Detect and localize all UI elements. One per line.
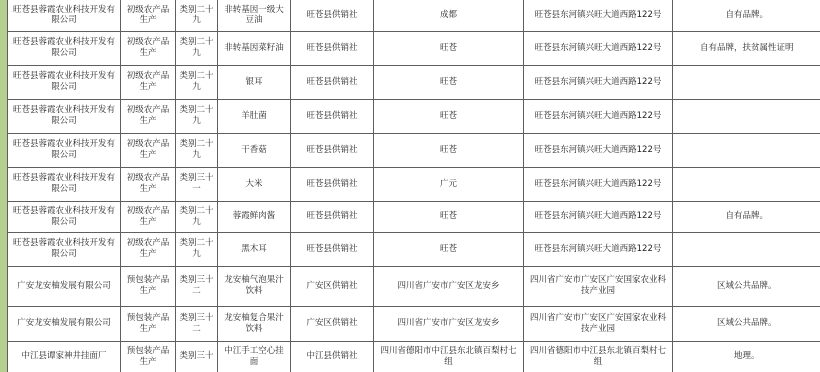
table-row: 旺苍县蓉霞农业科技开发有限公司初级农产品生产类别二十九黑木耳旺苍县供销社旺苍旺苍… (8, 232, 820, 266)
table-cell-production_type[interactable]: 初级农产品生产 (121, 201, 176, 232)
table-cell-production_type[interactable]: 预包装产品生产 (121, 341, 176, 372)
table-cell-address[interactable]: 旺苍县东河镇兴旺大道西路122号 (524, 99, 673, 133)
spreadsheet-table-view: 旺苍县蓉霞农业科技开发有限公司初级农产品生产类别二十九非转基因一级大豆油旺苍县供… (0, 0, 820, 372)
table-cell-cooperative[interactable]: 广安区供销社 (291, 306, 374, 341)
table-cell-category[interactable]: 类别二十九 (176, 65, 218, 99)
table-cell-company[interactable]: 旺苍县蓉霞农业科技开发有限公司 (8, 167, 121, 201)
table-cell-origin[interactable]: 四川省广安市广安区龙安乡 (374, 266, 524, 306)
table-cell-product[interactable]: 非转基因菜籽油 (218, 31, 291, 65)
table-cell-origin[interactable]: 旺苍 (374, 65, 524, 99)
table-cell-note[interactable]: 区域公共品牌。 (673, 266, 820, 306)
table-cell-company[interactable]: 旺苍县蓉霞农业科技开发有限公司 (8, 65, 121, 99)
table-cell-origin[interactable]: 四川省德阳市中江县东北镇百梨村七组 (374, 341, 524, 372)
table-cell-cooperative[interactable]: 旺苍县供销社 (291, 232, 374, 266)
table-cell-cooperative[interactable]: 广安区供销社 (291, 266, 374, 306)
table-row: 旺苍县蓉霞农业科技开发有限公司初级农产品生产类别二十九蓉霞鲜肉酱旺苍县供销社旺苍… (8, 201, 820, 232)
table-cell-origin[interactable]: 四川省广安市广安区龙安乡 (374, 306, 524, 341)
table-cell-production_type[interactable]: 初级农产品生产 (121, 167, 176, 201)
table-cell-company[interactable]: 旺苍县蓉霞农业科技开发有限公司 (8, 232, 121, 266)
table-cell-origin[interactable]: 旺苍 (374, 201, 524, 232)
table-row: 中江县谭家神井挂面厂预包装产品生产类别三十中江手工空心挂面中江县供销社四川省德阳… (8, 341, 820, 372)
table-cell-production_type[interactable]: 初级农产品生产 (121, 31, 176, 65)
table-cell-address[interactable]: 四川省广安市广安区广安国家农业科技产业园 (524, 266, 673, 306)
table-cell-note[interactable] (673, 99, 820, 133)
table-row: 旺苍县蓉霞农业科技开发有限公司初级农产品生产类别二十九干香菇旺苍县供销社旺苍旺苍… (8, 133, 820, 167)
table-cell-cooperative[interactable]: 旺苍县供销社 (291, 167, 374, 201)
table-cell-product[interactable]: 中江手工空心挂面 (218, 341, 291, 372)
table-cell-origin[interactable]: 旺苍 (374, 133, 524, 167)
table-row: 广安龙安柚发展有限公司预包装产品生产类别三十二龙安柚气泡果汁饮料广安区供销社四川… (8, 266, 820, 306)
table-cell-origin[interactable]: 成都 (374, 0, 524, 31)
table-cell-product[interactable]: 大米 (218, 167, 291, 201)
table-cell-category[interactable]: 类别二十九 (176, 0, 218, 31)
table-cell-note[interactable]: 自有品牌。 (673, 201, 820, 232)
table-cell-company[interactable]: 广安龙安柚发展有限公司 (8, 266, 121, 306)
table-cell-production_type[interactable]: 初级农产品生产 (121, 133, 176, 167)
table-cell-company[interactable]: 旺苍县蓉霞农业科技开发有限公司 (8, 0, 121, 31)
table-cell-product[interactable]: 羊肚菌 (218, 99, 291, 133)
table-cell-note[interactable]: 区域公共品牌。 (673, 306, 820, 341)
table-cell-product[interactable]: 黑木耳 (218, 232, 291, 266)
table-cell-category[interactable]: 类别三十二 (176, 306, 218, 341)
table-cell-address[interactable]: 四川省德阳市中江县东北镇百梨村七组 (524, 341, 673, 372)
table-body: 旺苍县蓉霞农业科技开发有限公司初级农产品生产类别二十九非转基因一级大豆油旺苍县供… (8, 0, 820, 372)
table-cell-product[interactable]: 干香菇 (218, 133, 291, 167)
table-cell-address[interactable]: 旺苍县东河镇兴旺大道西路122号 (524, 201, 673, 232)
table-cell-category[interactable]: 类别三十二 (176, 266, 218, 306)
table-cell-cooperative[interactable]: 旺苍县供销社 (291, 201, 374, 232)
table-cell-category[interactable]: 类别二十九 (176, 201, 218, 232)
table-row: 旺苍县蓉霞农业科技开发有限公司初级农产品生产类别二十九银耳旺苍县供销社旺苍旺苍县… (8, 65, 820, 99)
table-cell-cooperative[interactable]: 中江县供销社 (291, 341, 374, 372)
table-cell-production_type[interactable]: 预包装产品生产 (121, 306, 176, 341)
table-cell-category[interactable]: 类别二十九 (176, 31, 218, 65)
table-cell-address[interactable]: 旺苍县东河镇兴旺大道西路122号 (524, 31, 673, 65)
table-cell-origin[interactable]: 旺苍 (374, 31, 524, 65)
table-cell-company[interactable]: 旺苍县蓉霞农业科技开发有限公司 (8, 99, 121, 133)
table-cell-category[interactable]: 类别二十九 (176, 99, 218, 133)
table-cell-address[interactable]: 旺苍县东河镇兴旺大道西路122号 (524, 232, 673, 266)
table-cell-company[interactable]: 旺苍县蓉霞农业科技开发有限公司 (8, 133, 121, 167)
table-cell-product[interactable]: 银耳 (218, 65, 291, 99)
table-cell-note[interactable] (673, 133, 820, 167)
table-cell-cooperative[interactable]: 旺苍县供销社 (291, 133, 374, 167)
table-cell-note[interactable]: 自有品牌。 (673, 0, 820, 31)
table-cell-note[interactable] (673, 65, 820, 99)
table-row: 旺苍县蓉霞农业科技开发有限公司初级农产品生产类别二十九非转基因菜籽油旺苍县供销社… (8, 31, 820, 65)
table-cell-note[interactable]: 自有品牌，扶贫属性证明 (673, 31, 820, 65)
table-cell-company[interactable]: 旺苍县蓉霞农业科技开发有限公司 (8, 201, 121, 232)
table-cell-origin[interactable]: 旺苍 (374, 99, 524, 133)
table-cell-product[interactable]: 非转基因一级大豆油 (218, 0, 291, 31)
left-green-strip (0, 0, 7, 372)
table-cell-note[interactable] (673, 167, 820, 201)
table-cell-product[interactable]: 蓉霞鲜肉酱 (218, 201, 291, 232)
table-cell-note[interactable] (673, 232, 820, 266)
table-row: 旺苍县蓉霞农业科技开发有限公司初级农产品生产类别三十一大米旺苍县供销社广元旺苍县… (8, 167, 820, 201)
table-cell-address[interactable]: 旺苍县东河镇兴旺大道西路122号 (524, 133, 673, 167)
table-cell-cooperative[interactable]: 旺苍县供销社 (291, 0, 374, 31)
table-cell-production_type[interactable]: 初级农产品生产 (121, 232, 176, 266)
table-cell-product[interactable]: 龙安柚气泡果汁饮料 (218, 266, 291, 306)
table-cell-origin[interactable]: 旺苍 (374, 232, 524, 266)
table-cell-company[interactable]: 广安龙安柚发展有限公司 (8, 306, 121, 341)
products-table: 旺苍县蓉霞农业科技开发有限公司初级农产品生产类别二十九非转基因一级大豆油旺苍县供… (7, 0, 820, 372)
table-row: 旺苍县蓉霞农业科技开发有限公司初级农产品生产类别二十九非转基因一级大豆油旺苍县供… (8, 0, 820, 31)
table-cell-category[interactable]: 类别二十九 (176, 232, 218, 266)
table-cell-production_type[interactable]: 预包装产品生产 (121, 266, 176, 306)
table-cell-category[interactable]: 类别三十 (176, 341, 218, 372)
table-cell-product[interactable]: 龙安柚复合果汁饮料 (218, 306, 291, 341)
table-cell-cooperative[interactable]: 旺苍县供销社 (291, 65, 374, 99)
table-cell-address[interactable]: 旺苍县东河镇兴旺大道西路122号 (524, 0, 673, 31)
table-cell-production_type[interactable]: 初级农产品生产 (121, 0, 176, 31)
table-row: 广安龙安柚发展有限公司预包装产品生产类别三十二龙安柚复合果汁饮料广安区供销社四川… (8, 306, 820, 341)
table-cell-cooperative[interactable]: 旺苍县供销社 (291, 99, 374, 133)
table-cell-address[interactable]: 旺苍县东河镇兴旺大道西路122号 (524, 167, 673, 201)
table-cell-address[interactable]: 四川省广安市广安区广安国家农业科技产业园 (524, 306, 673, 341)
table-cell-origin[interactable]: 广元 (374, 167, 524, 201)
table-cell-production_type[interactable]: 初级农产品生产 (121, 99, 176, 133)
table-cell-category[interactable]: 类别三十一 (176, 167, 218, 201)
table-row: 旺苍县蓉霞农业科技开发有限公司初级农产品生产类别二十九羊肚菌旺苍县供销社旺苍旺苍… (8, 99, 820, 133)
table-cell-company[interactable]: 中江县谭家神井挂面厂 (8, 341, 121, 372)
table-cell-production_type[interactable]: 初级农产品生产 (121, 65, 176, 99)
table-cell-company[interactable]: 旺苍县蓉霞农业科技开发有限公司 (8, 31, 121, 65)
table-cell-address[interactable]: 旺苍县东河镇兴旺大道西路122号 (524, 65, 673, 99)
table-cell-category[interactable]: 类别二十九 (176, 133, 218, 167)
table-cell-cooperative[interactable]: 旺苍县供销社 (291, 31, 374, 65)
table-cell-note[interactable]: 地理。 (673, 341, 820, 372)
